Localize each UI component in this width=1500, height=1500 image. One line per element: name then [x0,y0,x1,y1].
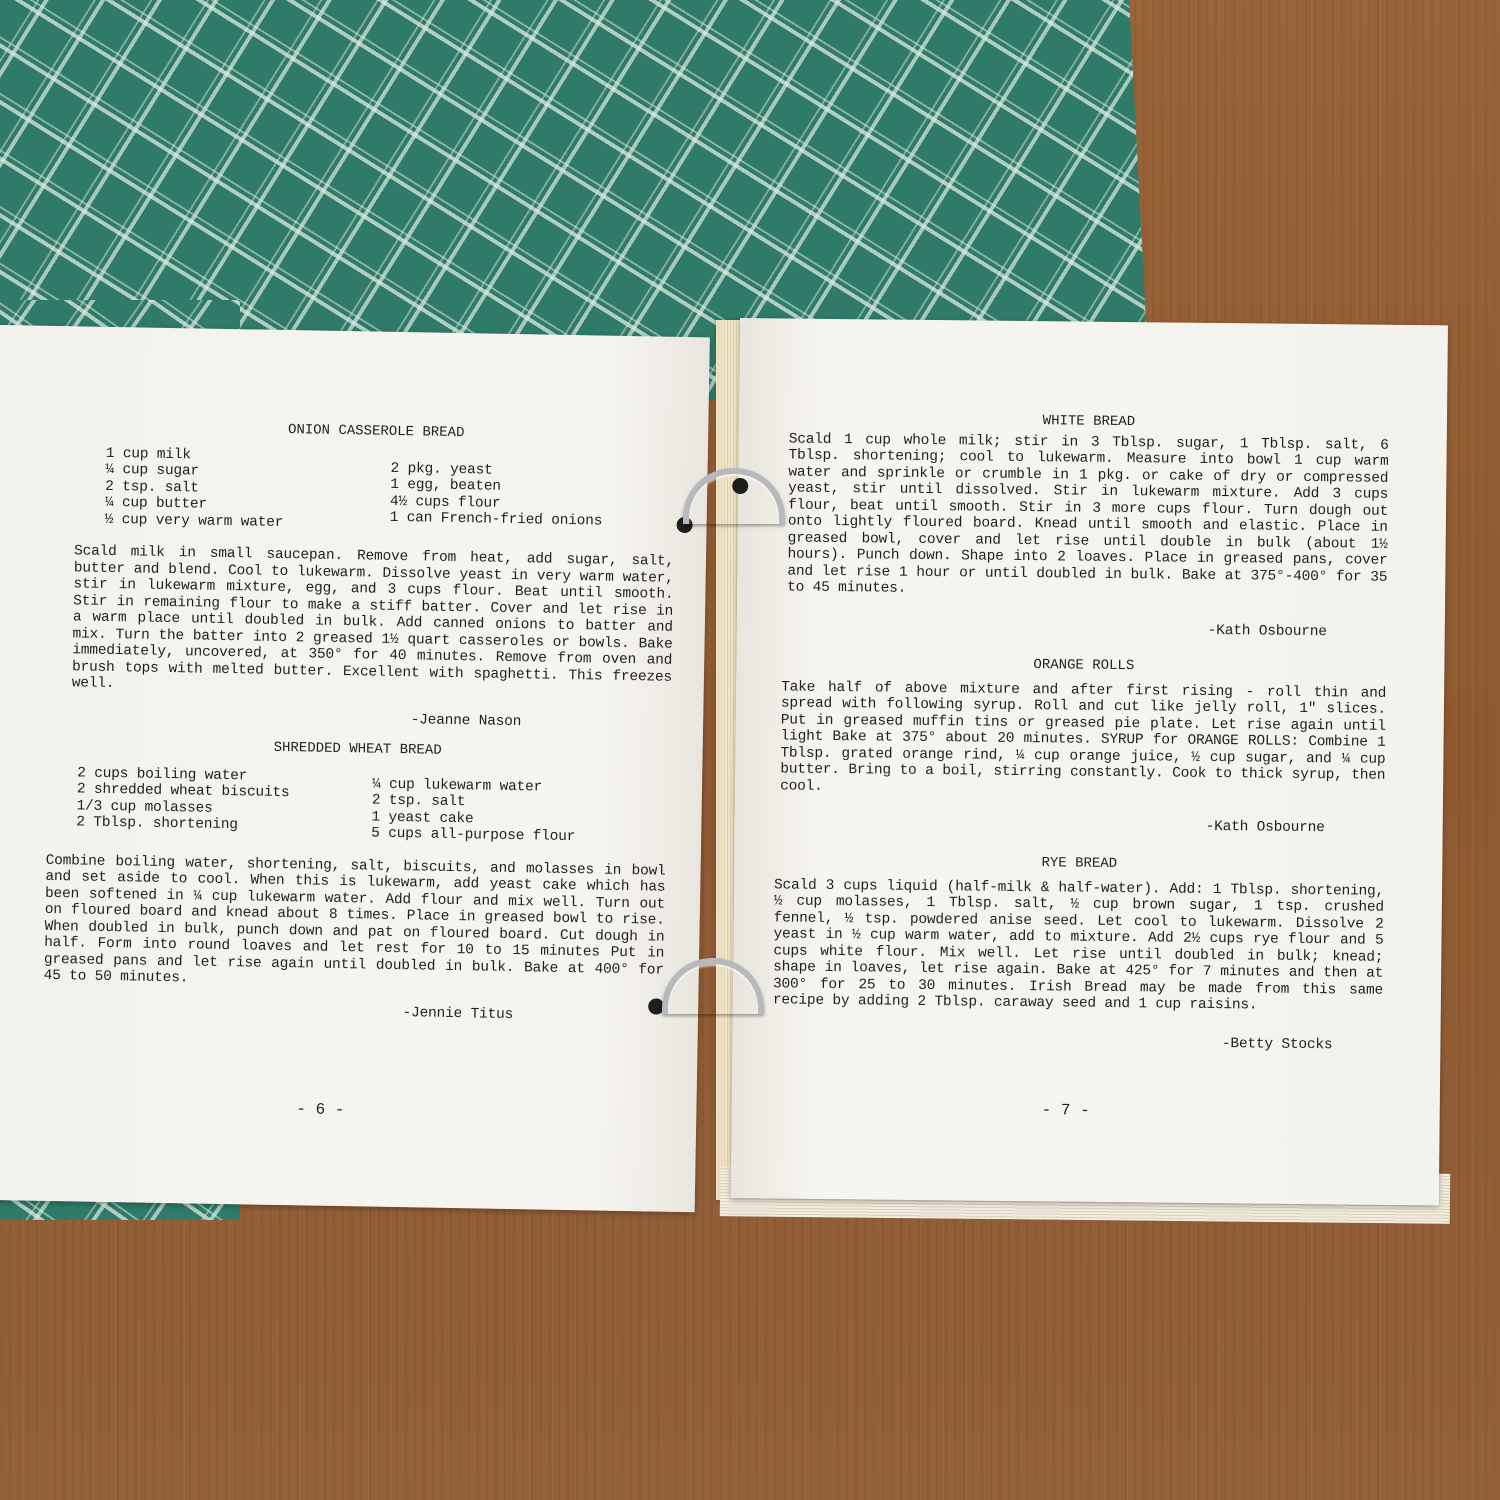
recipe-rye-bread: RYE BREAD Scald 3 cups liquid (half-milk… [772,852,1384,1053]
recipe-orange-rolls: ORANGE ROLLS Take half of above mixture … [780,654,1387,837]
recipe-directions: Scald milk in small saucepan. Remove fro… [72,543,675,702]
recipe-author: -Jennie Titus [43,998,663,1025]
recipe-title: ORANGE ROLLS [781,654,1386,677]
recipe-title: ONION CASSEROLE BREAD [76,418,676,445]
right-page: WHITE BREAD Scald 1 cup whole milk; stir… [731,318,1448,1205]
recipe-title: RYE BREAD [774,852,1384,875]
recipe-author: -Jeanne Nason [71,706,671,733]
recipe-directions: Scald 3 cups liquid (half-milk & half-wa… [773,877,1384,1015]
ingredients-right-column: 2 pkg. yeast1 egg, beaten4½ cups flour1 … [389,450,675,537]
recipe-directions: Scald 1 cup whole milk; stir in 3 Tblsp.… [787,431,1389,602]
recipe-directions: Combine boiling water, shortening, salt,… [43,852,665,995]
left-page: ONION CASSEROLE BREAD 1 cup milk¼ cup su… [0,325,710,1212]
page-number: - 7 - [1042,1101,1090,1120]
recipe-onion-casserole-bread: ONION CASSEROLE BREAD 1 cup milk¼ cup su… [71,418,676,732]
ingredient-list: 2 cups boiling water2 shredded wheat bis… [46,764,667,847]
recipe-author: -Betty Stocks [772,1031,1382,1054]
recipe-white-bread: WHITE BREAD Scald 1 cup whole milk; stir… [787,411,1389,641]
ingredient-list: 1 cup milk¼ cup sugar2 tsp. salt¼ cup bu… [74,445,675,538]
recipe-shredded-wheat-bread: SHREDDED WHEAT BREAD 2 cups boiling wate… [43,736,668,1026]
recipe-title: SHREDDED WHEAT BREAD [48,736,668,763]
recipe-title: WHITE BREAD [789,411,1389,434]
recipe-author: -Kath Osbourne [780,814,1385,837]
ingredients-left-column: 1 cup milk¼ cup sugar2 tsp. salt¼ cup bu… [104,445,390,532]
recipe-author: -Kath Osbourne [787,618,1387,641]
page-number: - 6 - [296,1100,344,1119]
recipe-directions: Take half of above mixture and after fir… [780,679,1386,801]
ingredients-left-column: 2 cups boiling water2 shredded wheat bis… [76,765,372,842]
ingredients-right-column: ¼ cup lukewarm water2 tsp. salt1 yeast c… [371,770,667,847]
